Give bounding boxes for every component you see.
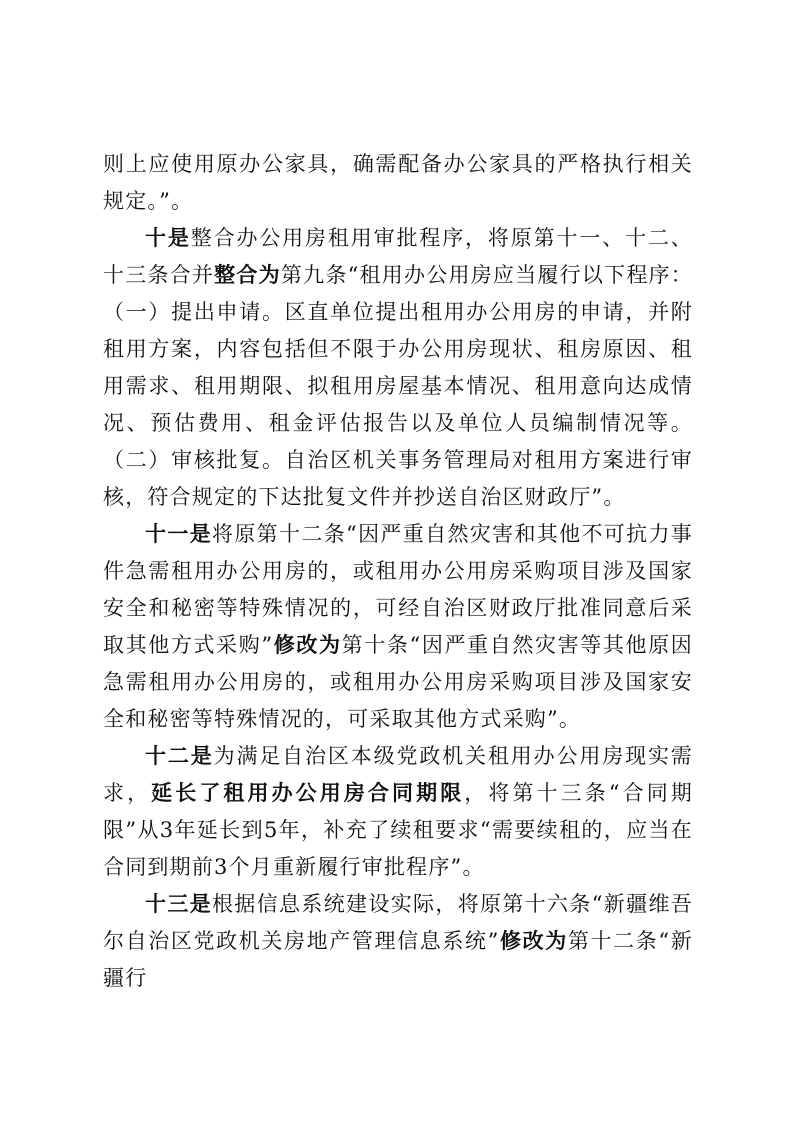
emphasis-text: 延长了租用办公用房合同期限 bbox=[151, 781, 464, 805]
document-page: 则上应使用原办公家具，确需配备办公家具的严格执行相关规定。”。 十是整合办公用房… bbox=[103, 146, 693, 997]
paragraph-furniture-end: 则上应使用原办公家具，确需配备办公家具的严格执行相关规定。”。 bbox=[103, 146, 693, 220]
paragraph-item-13: 十三是根据信息系统建设实际，将原第十六条“新疆维吾尔自治区党政机关房地产管理信息… bbox=[103, 886, 693, 997]
item-label: 十二是 bbox=[145, 744, 214, 768]
item-label: 十三是 bbox=[145, 892, 212, 916]
emphasis-text: 整合为 bbox=[214, 263, 281, 287]
emphasis-text: 修改为 bbox=[500, 929, 568, 953]
paragraph-item-11: 十一是将原第十二条“因严重自然灾害和其他不可抗力事件急需租用办公用房的，或租用办… bbox=[103, 516, 693, 738]
paragraph-item-12: 十二是为满足自治区本级党政机关租用办公用房现实需求，延长了租用办公用房合同期限，… bbox=[103, 738, 693, 886]
item-label: 十一是 bbox=[145, 522, 212, 546]
paragraph-text: 则上应使用原办公家具，确需配备办公家具的严格执行相关规定。”。 bbox=[103, 152, 693, 213]
paragraph-text: 第九条“租用办公用房应当履行以下程序：（一）提出申请。区直单位提出租用办公用房的… bbox=[103, 263, 693, 509]
emphasis-text: 修改为 bbox=[273, 633, 341, 657]
item-label: 十是 bbox=[145, 226, 191, 250]
paragraph-item-10: 十是整合办公用房租用审批程序，将原第十一、十二、十三条合并整合为第九条“租用办公… bbox=[103, 220, 693, 516]
